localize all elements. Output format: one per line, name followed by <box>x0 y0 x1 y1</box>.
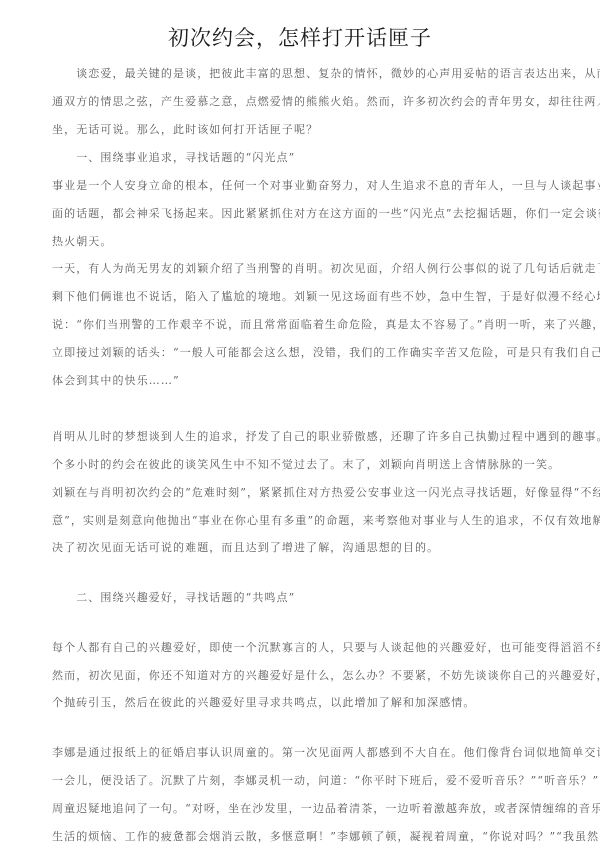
text-line: 一天，有人为尚无男友的刘颖介绍了当刑警的肖明。初次见面，介绍人例行公事似的说了几… <box>52 260 600 276</box>
text-line: 李娜是通过报纸上的征婚启事认识周童的。第一次见面两人都感到不大自在。他们像背台词… <box>52 744 600 760</box>
text-line: 热火朝天。 <box>52 233 113 249</box>
text-line: 每个人都有自己的兴趣爱好，即使一个沉默寡言的人，只要与人谈起他的兴趣爱好，也可能… <box>52 639 600 655</box>
text-line: 生活的烦恼、工作的疲惫都会烟消云散，多惬意啊！”李娜顿了顿，凝视着周童，“你说对… <box>52 828 599 844</box>
text-line: 意”，实则是刻意向他抛出“事业在你心里有多重”的命题，来考察他对事业与人生的追求… <box>52 512 600 528</box>
text-line: 然而，初次见面，你还不知道对方的兴趣爱好是什么，怎么办？不要紧，不妨先谈谈你自己… <box>52 667 600 683</box>
text-line: 面的话题，都会神采飞扬起来。因此紧紧抓住对方在这方面的一些“闪光点”去挖掘话题，… <box>52 205 600 221</box>
text-line: 一、围绕事业追求，寻找话题的“闪光点” <box>52 149 295 165</box>
text-line: 决了初次见面无话可说的难题，而且达到了增进了解，沟通思想的目的。 <box>52 539 439 555</box>
text-line: 个抛砖引玉，然后在彼此的兴趣爱好里寻求共鸣点，以此增加了解和加深感情。 <box>52 694 476 710</box>
text-line: 事业是一个人安身立命的根本，任何一个对事业勤奋努力，对人生追求不息的青年人，一旦… <box>52 177 600 193</box>
text-line: 二、围绕兴趣爱好，寻找话题的“共鸣点” <box>52 589 295 605</box>
text-line: 剩下他们俩谁也不说话，陷入了尴尬的境地。刘颖一见这场面有些不妙，急中生智，于是好… <box>52 288 600 304</box>
text-line: 通双方的情思之弦，产生爱慕之意，点燃爱情的熊熊火焰。然而，许多初次约会的青年男女… <box>52 93 600 109</box>
text-line: 立即接过刘颖的话头：“一般人可能都会这么想，没错，我们的工作确实辛苦又危险，可是… <box>52 344 600 360</box>
text-line: 肖明从儿时的梦想谈到人生的追求，抒发了自己的职业骄傲感，还聊了许多自己执勤过程中… <box>52 428 600 444</box>
text-line: 坐，无话可说。那么，此时该如何打开话匣子呢？ <box>52 121 318 137</box>
document-title: 初次约会，怎样打开话匣子 <box>0 22 600 52</box>
text-line: 体会到其中的快乐……” <box>52 372 180 388</box>
text-line: 一会儿，便没话了。沉默了片刻，李娜灵机一动，问道：“你平时下班后，爱不爱听音乐？… <box>52 772 599 788</box>
text-line: 个多小时的约会在彼此的谈笑风生中不知不觉过去了。末了，刘颖向肖明送上含情脉脉的一… <box>52 456 560 472</box>
text-line: 谈恋爱，最关键的是谈，把彼此丰富的思想、复杂的情怀，微妙的心声用妥帖的语言表达出… <box>52 65 600 81</box>
text-line: 周童迟疑地追问了一句。“对呀，坐在沙发里，一边品着清茶，一边听着激越奔放，或者深… <box>52 800 600 816</box>
text-line: 说：“你们当刑警的工作艰辛不说，而且常常面临着生命危险，真是太不容易了。”肖明一… <box>52 316 600 332</box>
text-line: 刘颖在与肖明初次约会的“危难时刻”，紧紧抓住对方热爱公安事业这一闪光点寻找话题，… <box>52 484 600 500</box>
